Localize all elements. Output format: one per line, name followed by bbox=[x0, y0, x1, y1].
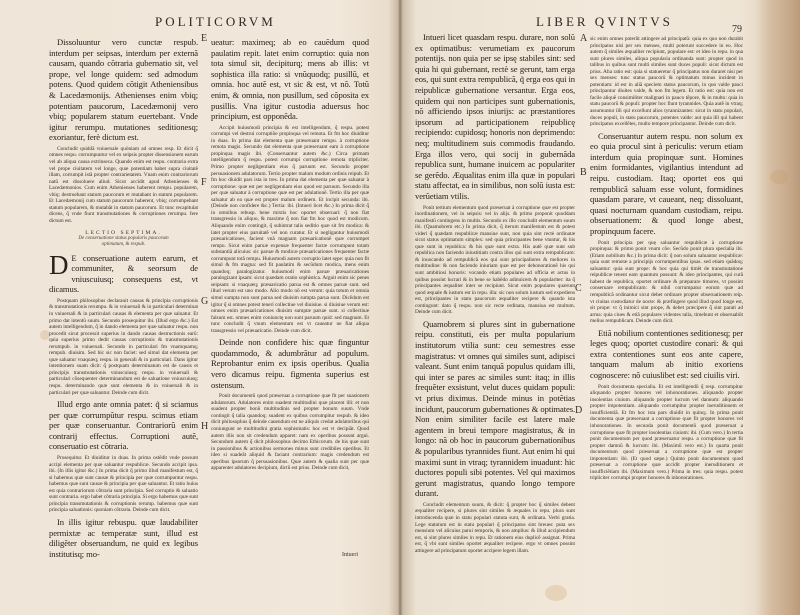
foxing-stain bbox=[545, 585, 567, 601]
text-block-body: E conseruatione autem earum, et communit… bbox=[49, 253, 198, 295]
commentary-block: Ponit tertium elementum quod præseruat à… bbox=[415, 205, 575, 316]
margin-letter-e: E bbox=[201, 33, 207, 44]
commentary-block: Ponit principia per quę saluantur respub… bbox=[590, 240, 743, 325]
running-head-right: LIBER QVINTVS bbox=[536, 14, 673, 30]
margin-letter-b: B bbox=[580, 167, 587, 178]
text-block: DE conseruatione autem earum, et communi… bbox=[49, 253, 198, 295]
margin-letter-d: D bbox=[575, 405, 582, 416]
commentary-block: Ponit documenta specialia. Et est intell… bbox=[590, 384, 743, 482]
text-block: Intueri licet quasdam respu. durare, non… bbox=[415, 32, 575, 202]
text-block: In illis igitur rebuspu. quæ laudabilite… bbox=[49, 517, 198, 559]
text-block: Illud ergo ante omnia patet: q̃ si sciam… bbox=[49, 399, 198, 452]
text-block: Etiã nobilium contentiones seditionesq; … bbox=[590, 328, 743, 381]
margin-letter-a: A bbox=[580, 33, 587, 44]
commentary-block: Ponit documentũ quod præseruat a corrupt… bbox=[211, 393, 369, 472]
running-head-left: POLITICORVM bbox=[155, 14, 276, 30]
catchword: Intueri bbox=[342, 552, 358, 558]
left-page-column-1: Dissoluuntur vero cunctæ respub. interdu… bbox=[49, 37, 198, 567]
commentary-block: sic enim omnes poterũt attingere ad prin… bbox=[590, 36, 743, 128]
foxing-stain bbox=[770, 170, 788, 184]
right-page-column-1: Intueri licet quasdam respu. durare, non… bbox=[415, 32, 575, 557]
text-block: Deinde non confidere his: quæ finguntur … bbox=[211, 337, 369, 390]
margin-letter-g: G bbox=[201, 296, 208, 307]
margin-letter-f: F bbox=[201, 177, 207, 188]
margin-letter-h: H bbox=[201, 421, 208, 432]
section-subheading: De conseruatione status popularis paucor… bbox=[49, 236, 198, 248]
commentary-block: Postquam philosophus declarauit causas &… bbox=[49, 298, 198, 396]
commentary-block: Concludit quiddã vniuersale quòniam ad o… bbox=[49, 146, 198, 225]
commentary-block: Concludit elementum suum, & dicit: q̃ pr… bbox=[415, 502, 575, 554]
right-page-column-2: sic enim omnes poterũt attingere ad prin… bbox=[590, 36, 743, 561]
text-block: Conseruantur autem respu. non solum ex e… bbox=[590, 131, 743, 237]
commentary-block: Accipit huiusmodi principia & est intell… bbox=[211, 125, 369, 335]
left-page-column-2: ueatur: maximeq; ab eo cauẽdum quod paul… bbox=[211, 37, 369, 567]
text-block: Quamobrem si plures sint in gubernatione… bbox=[415, 319, 575, 499]
page-edge-shadow bbox=[754, 0, 800, 615]
text-block: ueatur: maximeq; ab eo cauẽdum quod paul… bbox=[211, 37, 369, 122]
page-number: 79 bbox=[732, 24, 742, 35]
margin-letter-c: C bbox=[575, 283, 582, 294]
text-block: Dissoluuntur vero cunctæ respub. interdu… bbox=[49, 37, 198, 143]
commentary-block: Prosequitur. Et diuiditur in duas. In pr… bbox=[49, 455, 198, 514]
drop-cap: D bbox=[49, 254, 68, 276]
